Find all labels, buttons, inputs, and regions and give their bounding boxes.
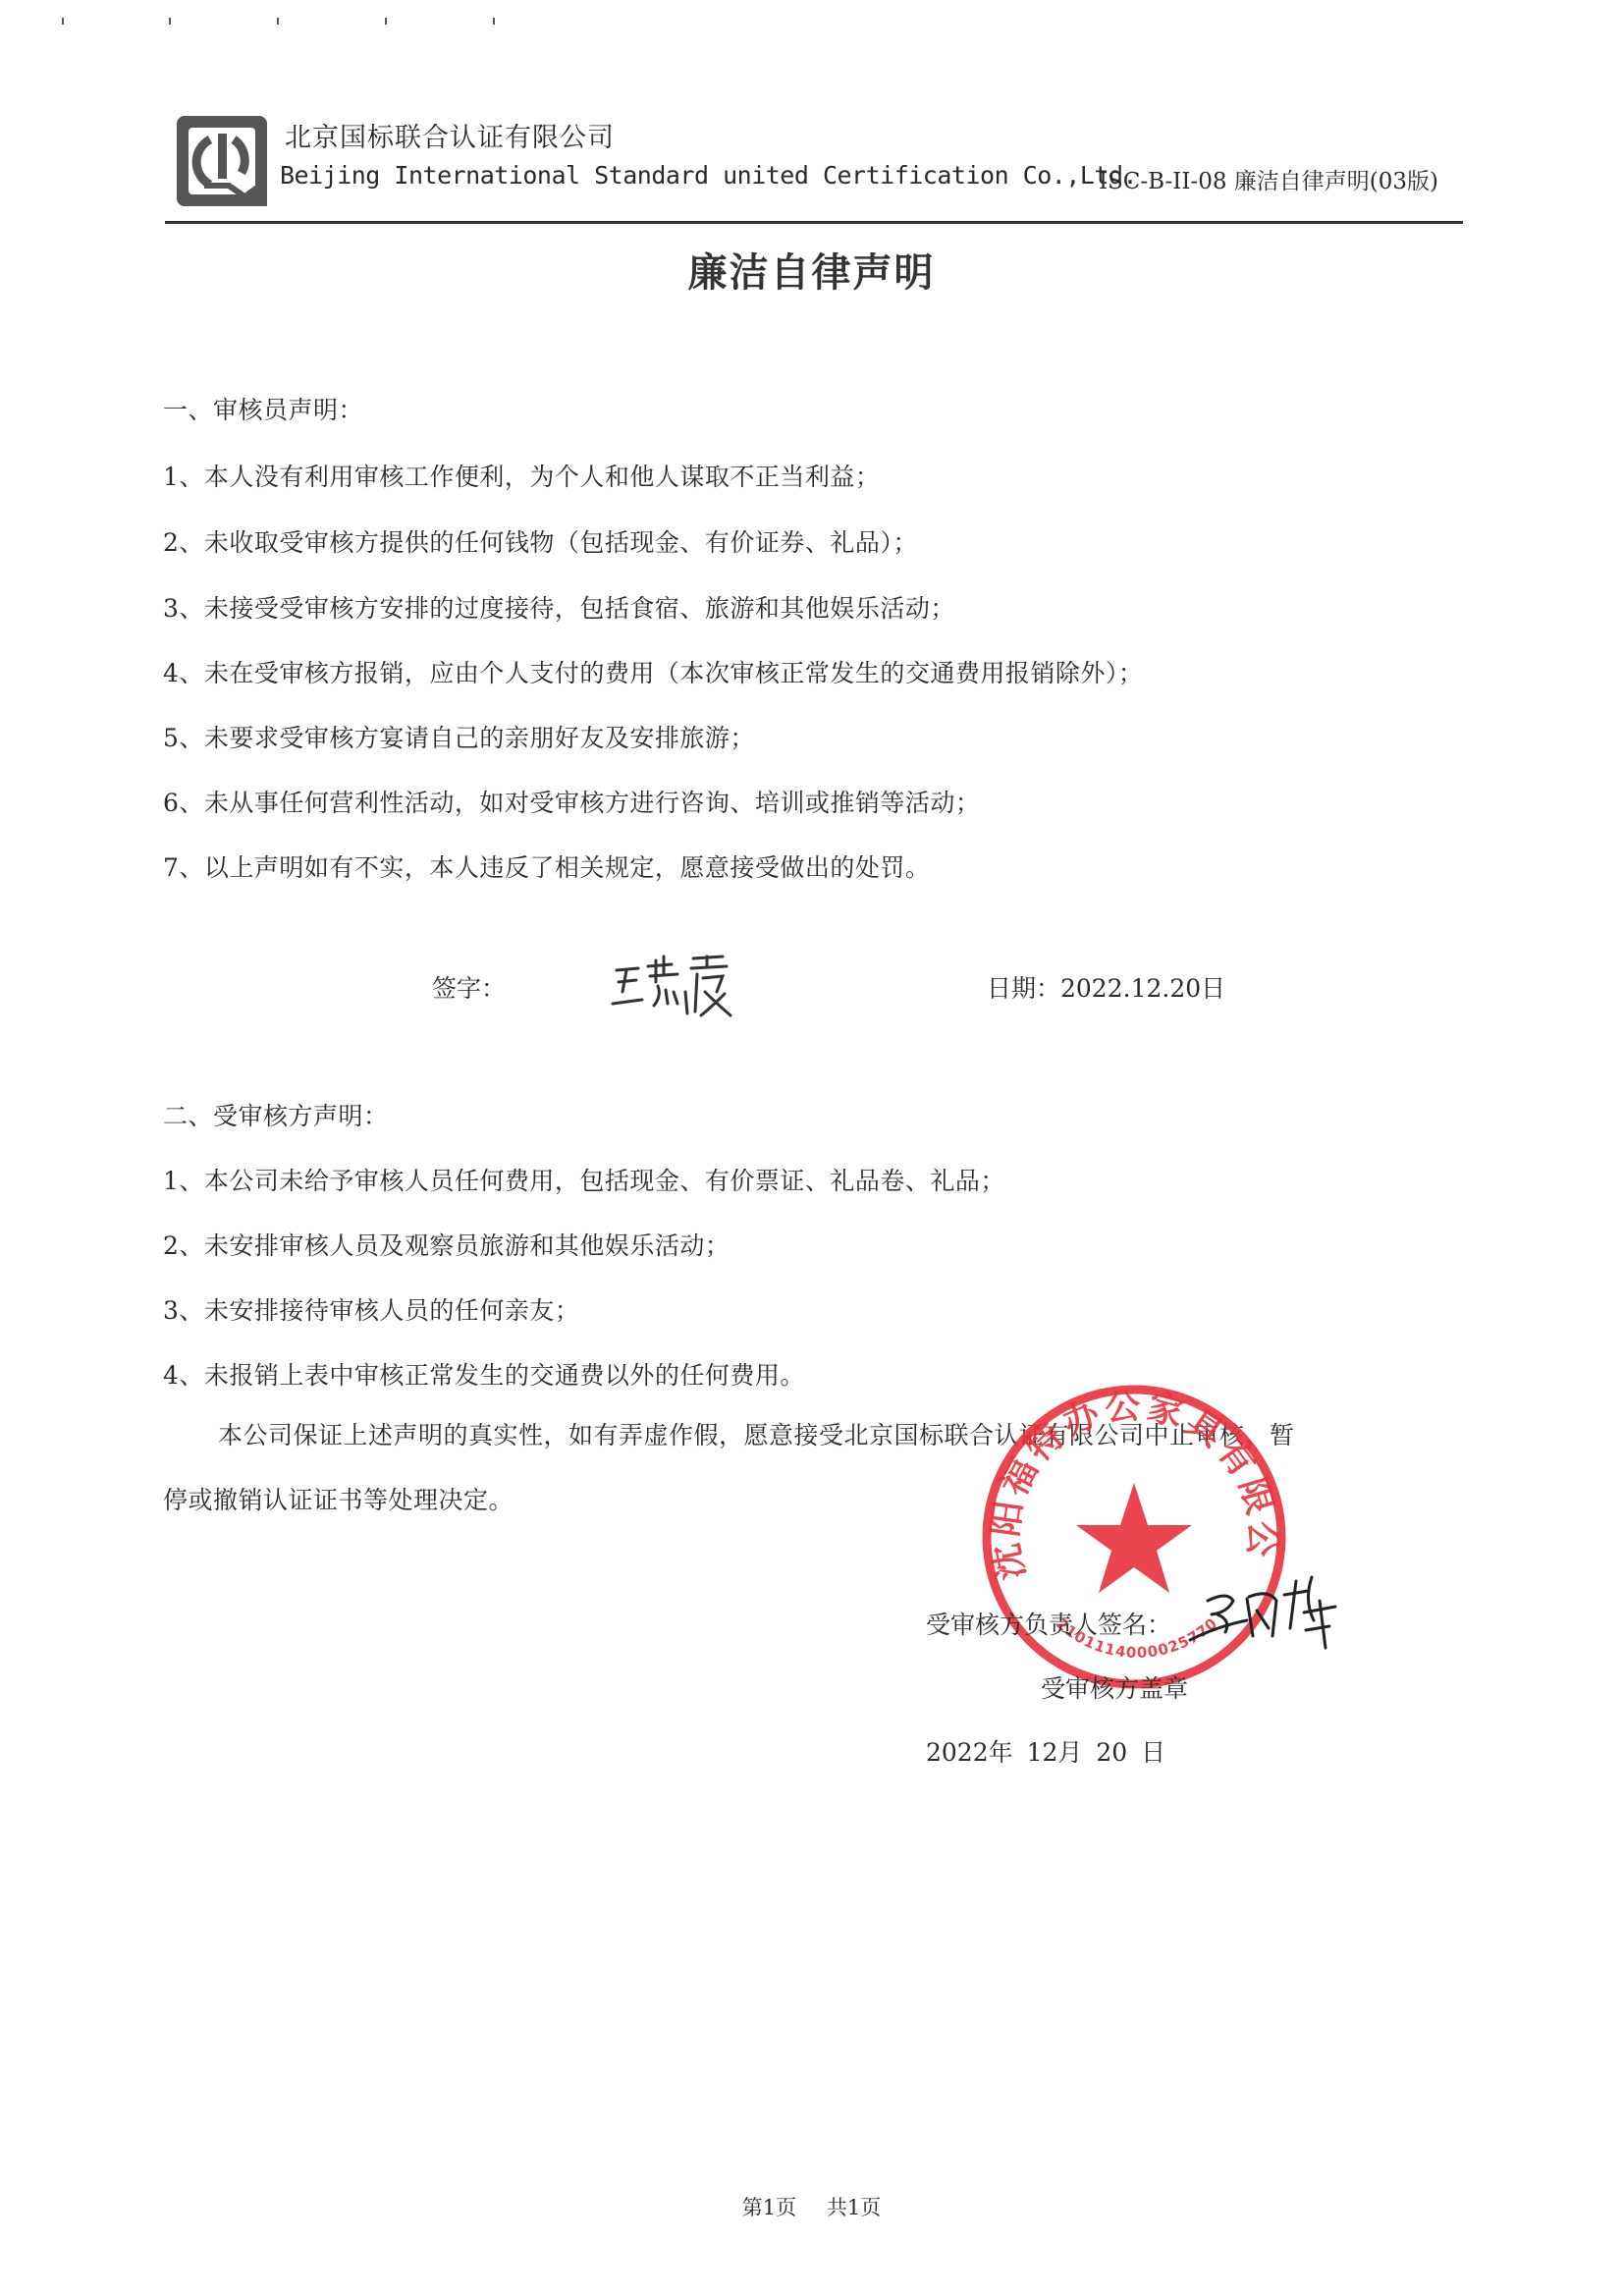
auditee-section-heading: 二、受审核方声明： xyxy=(163,1097,389,1132)
auditor-item: 2、未收取受审核方提供的任何钱物（包括现金、有价证券、礼品）； xyxy=(163,523,918,559)
document-code: ISC-B-II-08 廉洁自律声明(03版) xyxy=(1099,163,1438,195)
scan-mark xyxy=(493,18,495,25)
auditee-item: 2、未安排审核人员及观察员旅游和其他娱乐活动； xyxy=(163,1227,730,1262)
auditee-date: 2022年 12月 20 日 xyxy=(926,1733,1165,1769)
auditee-signature-label: 受审核方负责人签名： xyxy=(926,1606,1171,1641)
auditor-item: 6、未从事任何营利性活动，如对受审核方进行咨询、培训或推销等活动； xyxy=(163,784,980,819)
company-logo-icon xyxy=(175,114,269,208)
scan-mark xyxy=(62,18,64,25)
auditor-item: 5、未要求受审核方宴请自己的亲朋好友及安排旅游； xyxy=(163,719,755,754)
header-divider xyxy=(165,221,1463,224)
page-total: 共1页 xyxy=(827,2196,881,2219)
page-footer: 第1页 共1页 xyxy=(0,2192,1623,2221)
auditor-item: 4、未在受审核方报销，应由个人支付的费用（本次审核正常发生的交通费用报销除外）； xyxy=(163,654,1143,689)
auditor-signature-label: 签字： xyxy=(432,969,506,1005)
guarantee-text-cont: 停或撤销认证证书等处理决定。 xyxy=(163,1481,514,1516)
scan-mark xyxy=(169,18,171,25)
auditor-item: 1、本人没有利用审核工作便利，为个人和他人谋取不正当利益； xyxy=(163,458,880,493)
auditee-item: 4、未报销上表中审核正常发生的交通费以外的任何费用。 xyxy=(163,1356,805,1392)
auditor-section-heading: 一、审核员声明： xyxy=(163,391,363,426)
company-name-cn: 北京国标联合认证有限公司 xyxy=(285,116,615,154)
scan-mark xyxy=(385,18,387,25)
auditor-item: 3、未接受受审核方安排的过度接待，包括食宿、旅游和其他娱乐活动； xyxy=(163,589,955,625)
auditor-item: 7、以上声明如有不实，本人违反了相关规定，愿意接受做出的处罚。 xyxy=(163,848,930,884)
auditee-item: 1、本公司未给予审核人员任何费用，包括现金、有价票证、礼品卷、礼品； xyxy=(163,1162,1005,1197)
document-header: 北京国标联合认证有限公司 Beijing International Stand… xyxy=(162,110,1468,218)
auditee-stamp-label: 受审核方盖章 xyxy=(1041,1669,1188,1705)
auditor-handwritten-signature xyxy=(609,953,766,1021)
auditee-handwritten-signature xyxy=(1188,1571,1360,1655)
auditor-date: 日期：2022.12.20日 xyxy=(987,969,1225,1005)
scan-mark xyxy=(277,18,279,25)
page-title: 廉洁自律声明 xyxy=(0,242,1623,298)
company-name-en: Beijing International Standard united Ce… xyxy=(280,161,1137,190)
page-number: 第1页 xyxy=(742,2196,796,2219)
auditee-item: 3、未安排接待审核人员的任何亲友； xyxy=(163,1291,579,1327)
